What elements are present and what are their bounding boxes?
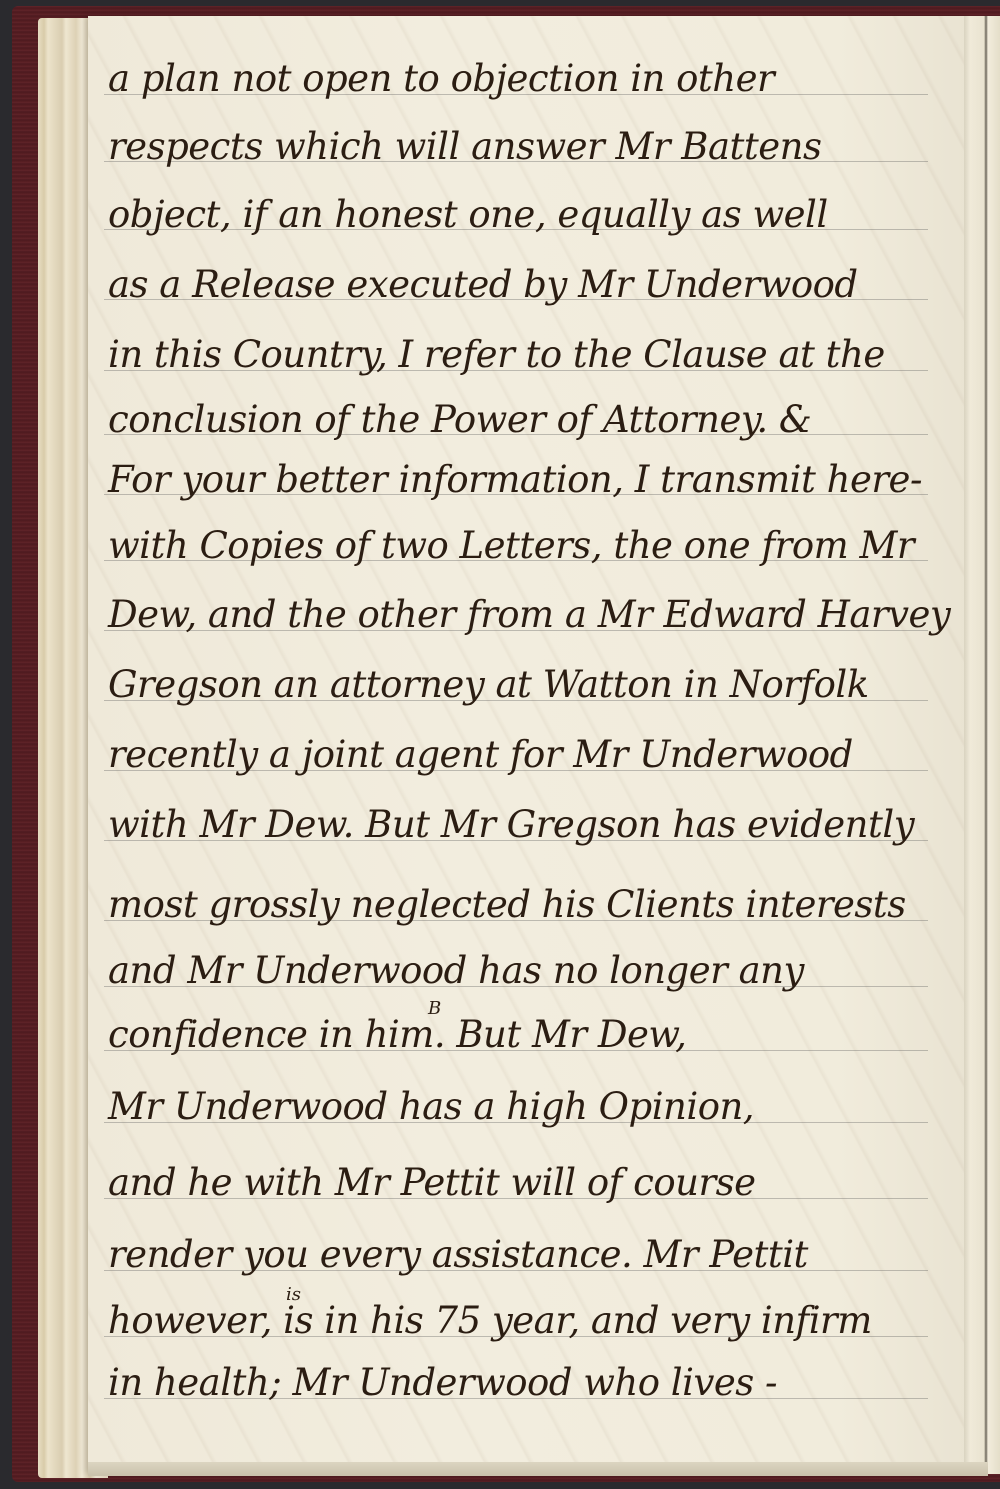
text-line: confidence in him. But Mr Dew, xyxy=(108,1016,968,1053)
manuscript-page: a plan not open to objection in other re… xyxy=(88,16,968,1474)
text-line: object, if an honest one, equally as wel… xyxy=(108,196,968,233)
interlinear-insertion: is xyxy=(286,1284,301,1305)
text-line: and he with Mr Pettit will of course xyxy=(108,1164,968,1201)
facing-page-edge xyxy=(964,16,1000,1474)
text-line: as a Release executed by Mr Underwood xyxy=(108,266,968,303)
text-line: with Mr Dew. But Mr Gregson has evidentl… xyxy=(108,806,968,843)
text-line: in health; Mr Underwood who lives - xyxy=(108,1364,968,1401)
text-line: conclusion of the Power of Attorney. & xyxy=(108,401,968,438)
interlinear-insertion: B xyxy=(428,998,441,1019)
text-line: in this Country, I refer to the Clause a… xyxy=(108,336,968,373)
text-line: For your better information, I transmit … xyxy=(108,461,968,498)
page-bottom-edge xyxy=(88,1462,988,1476)
text-line: Mr Underwood has a high Opinion, xyxy=(108,1088,968,1125)
text-line: and Mr Underwood has no longer any xyxy=(108,952,968,989)
text-line: with Copies of two Letters, the one from… xyxy=(108,527,968,564)
text-line: Dew, and the other from a Mr Edward Harv… xyxy=(108,596,968,633)
text-line: render you every assistance. Mr Pettit xyxy=(108,1236,968,1273)
text-line: most grossly neglected his Clients inter… xyxy=(108,886,968,923)
text-line: respects which will answer Mr Battens xyxy=(108,128,968,165)
text-line: Gregson an attorney at Watton in Norfolk xyxy=(108,666,968,703)
text-line: recently a joint agent for Mr Underwood xyxy=(108,736,968,773)
text-line: however, is in his 75 year, and very inf… xyxy=(108,1302,968,1339)
text-line: a plan not open to objection in other xyxy=(108,60,968,97)
